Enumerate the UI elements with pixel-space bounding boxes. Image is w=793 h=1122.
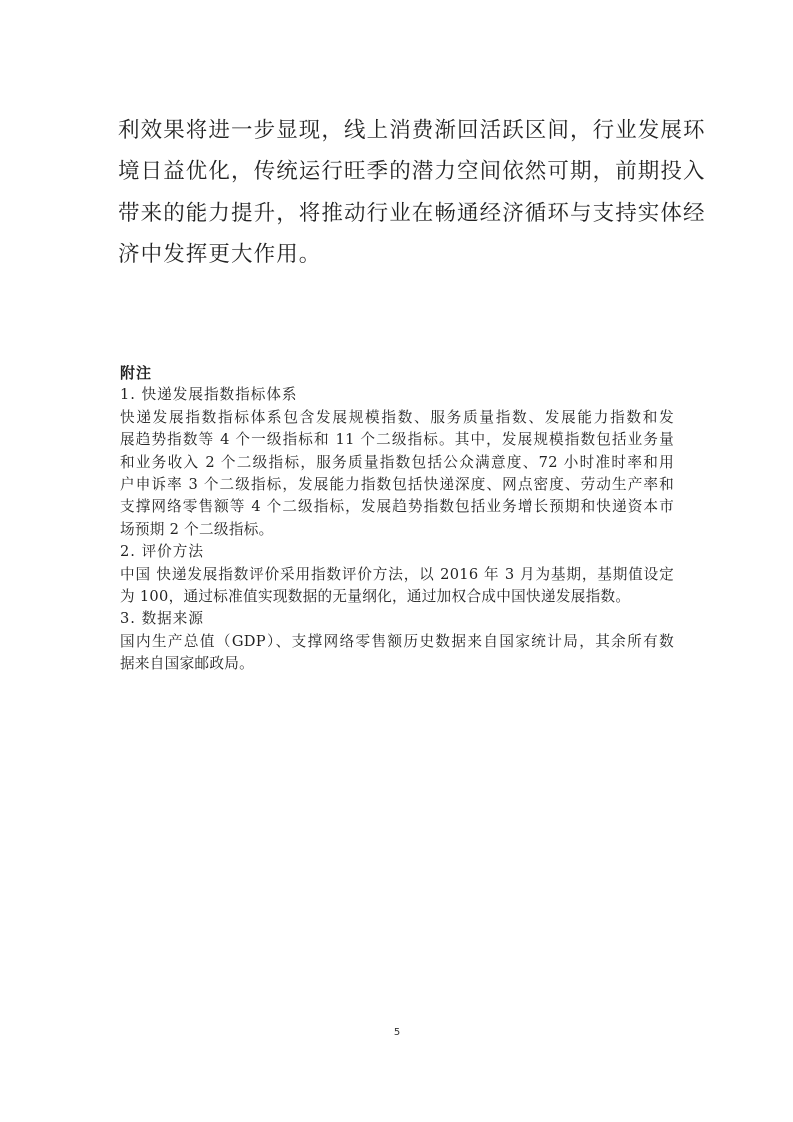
body-line: 利效果将进一步显现，线上消费渐回活跃区间，行业发展环 xyxy=(118,110,676,151)
appendix-notes: 附注 1. 快递发展指数指标体系 快递发展指数指标体系包含发展规模指数、服务质量… xyxy=(120,362,674,676)
section-heading: 2. 评价方法 xyxy=(120,541,674,563)
appendix-title: 附注 xyxy=(120,362,674,384)
section-line: 展趋势指数等 4 个一级指标和 11 个二级指标。其中，发展规模指数包括业务量 xyxy=(120,429,674,451)
body-line: 带来的能力提升，将推动行业在畅通经济循环与支持实体经 xyxy=(118,193,676,234)
document-page: 利效果将进一步显现，线上消费渐回活跃区间，行业发展环 境日益优化，传统运行旺季的… xyxy=(0,0,793,1122)
section-line: 中国 快递发展指数评价采用指数评价方法，以 2016 年 3 月为基期，基期值设… xyxy=(120,564,674,586)
appendix-section-indicator-system: 1. 快递发展指数指标体系 快递发展指数指标体系包含发展规模指数、服务质量指数、… xyxy=(120,384,674,541)
appendix-section-data-source: 3. 数据来源 国内生产总值（GDP）、支撑网络零售额历史数据来自国家统计局，其… xyxy=(120,608,674,675)
body-line: 济中发挥更大作用。 xyxy=(118,234,676,275)
section-heading: 3. 数据来源 xyxy=(120,608,674,630)
appendix-section-evaluation-method: 2. 评价方法 中国 快递发展指数评价采用指数评价方法，以 2016 年 3 月… xyxy=(120,541,674,608)
section-line: 据来自国家邮政局。 xyxy=(120,653,674,675)
page-number: 5 xyxy=(390,1027,404,1038)
section-line: 为 100，通过标准值实现数据的无量纲化，通过加权合成中国快递发展指数。 xyxy=(120,586,674,608)
section-line: 支撑网络零售额等 4 个二级指标，发展趋势指数包括业务增长预期和快递资本市 xyxy=(120,496,674,518)
section-line: 户申诉率 3 个二级指标，发展能力指数包括快递深度、网点密度、劳动生产率和 xyxy=(120,474,674,496)
section-line: 场预期 2 个二级指标。 xyxy=(120,519,674,541)
section-heading: 1. 快递发展指数指标体系 xyxy=(120,384,674,406)
section-line: 国内生产总值（GDP）、支撑网络零售额历史数据来自国家统计局，其余所有数 xyxy=(120,631,674,653)
body-paragraph: 利效果将进一步显现，线上消费渐回活跃区间，行业发展环 境日益优化，传统运行旺季的… xyxy=(118,110,676,275)
section-line: 快递发展指数指标体系包含发展规模指数、服务质量指数、发展能力指数和发 xyxy=(120,407,674,429)
section-line: 和业务收入 2 个二级指标，服务质量指数包括公众满意度、72 小时准时率和用 xyxy=(120,452,674,474)
body-line: 境日益优化，传统运行旺季的潜力空间依然可期，前期投入 xyxy=(118,151,676,192)
